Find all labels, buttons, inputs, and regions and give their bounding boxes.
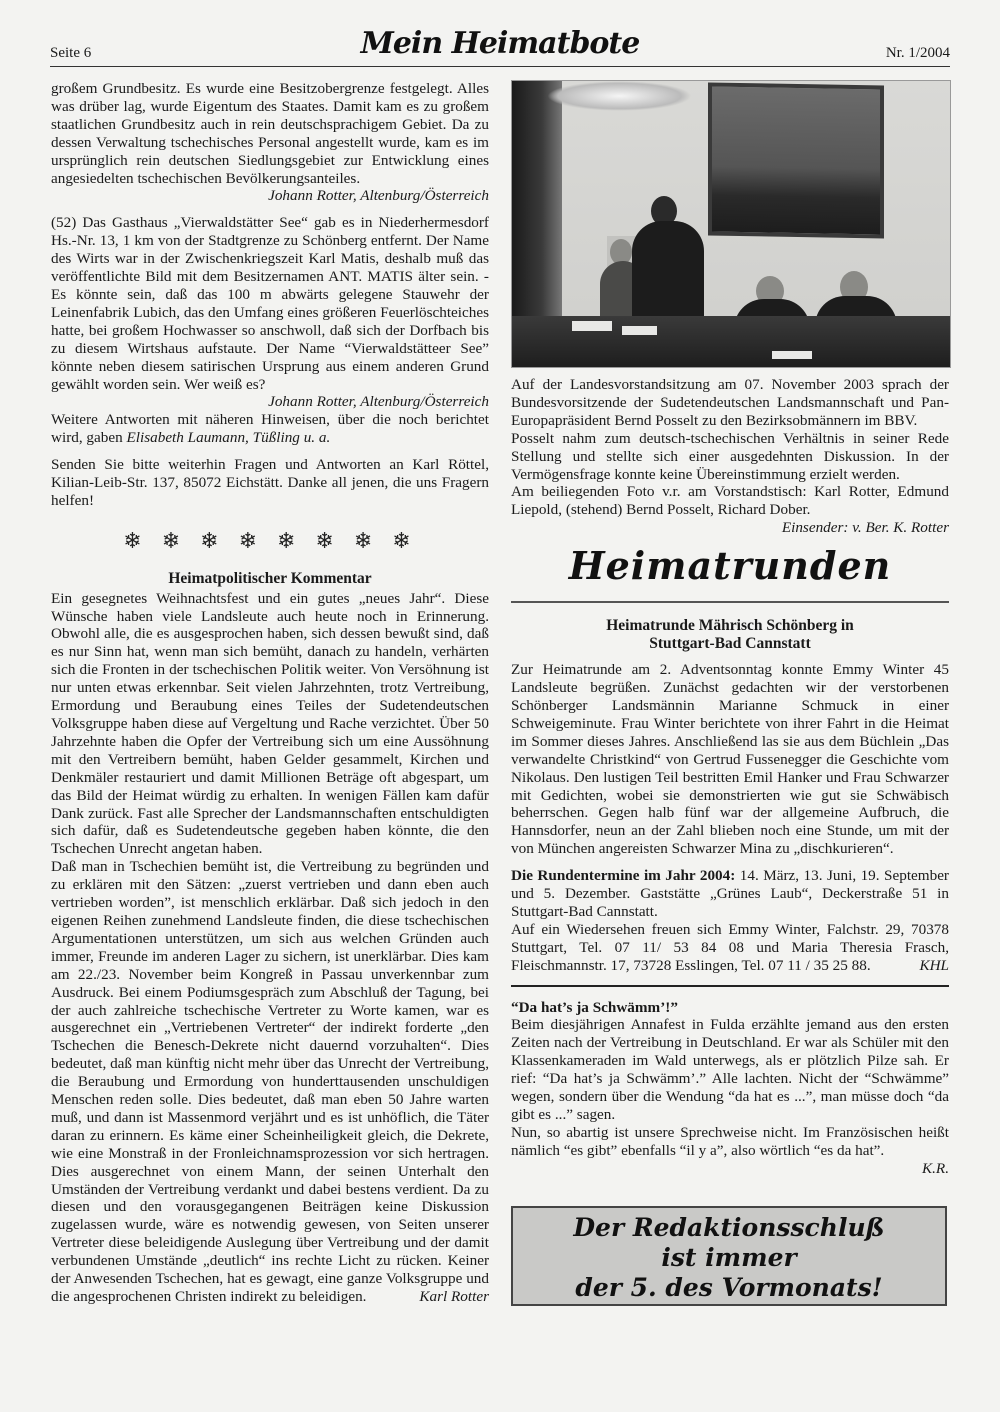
right-column: Auf der Landesvorstandsitzung am 07. Nov… [511,80,949,1306]
article-divider [511,985,949,987]
header-divider [50,66,950,67]
contact-paragraph: Auf ein Wiedersehen freuen sich Emmy Win… [511,921,949,975]
caption-paragraph-2: Posselt nahm zum deutsch-tschechischen V… [511,430,949,484]
heimatrunde-body: Zur Heimatrunde am 2. Adventsonntag konn… [511,661,949,858]
painting-in-photo [708,82,884,238]
section-rule [511,601,949,603]
commentary-paragraph-2: Daß man in Tschechien bemüht ist, die Ve… [51,858,489,1306]
meeting-photo [511,80,951,368]
page-header: Seite 6 Mein Heimatbote Nr. 1/2004 [50,30,950,66]
heimatrunden-headline: Heimatrunden [511,557,949,575]
schwaemm-article: “Da hat’s ja Schwämm’!” Beim diesjährige… [511,999,949,1178]
page-number: Seite 6 [50,45,91,62]
commentary-signature: Karl Rotter [419,1288,489,1306]
schwaemm-signature: K.R. [511,1160,949,1178]
intro-paragraph: großem Grundbesitz. Es wurde eine Besitz… [51,80,489,187]
question-52-paragraph: (52) Das Gasthaus „Vierwaldstätter See“ … [51,214,489,393]
schwaemm-title: “Da hat’s ja Schwämm’!” [511,999,949,1017]
send-questions-paragraph: Senden Sie bitte weiterhin Fragen und An… [51,456,489,510]
newspaper-page: Seite 6 Mein Heimatbote Nr. 1/2004 große… [0,0,1000,1412]
question-52-signature: Johann Rotter, Altenburg/Österreich [51,393,489,411]
masthead-logo: Mein Heimatbote [361,26,640,61]
left-column: großem Grundbesitz. Es wurde eine Besitz… [51,80,489,1306]
intro-signature: Johann Rotter, Altenburg/Österreich [51,187,489,205]
more-answers-paragraph: Weitere Antworten mit näheren Hinweisen,… [51,411,489,447]
schwaemm-paragraph-1: Beim diesjährigen Annafest in Fulda erzä… [511,1016,949,1123]
heimatrunden-section-header: Heimatrunden [511,557,949,615]
snowflake-divider-icon: ❄❄❄❄❄❄❄❄ [65,532,489,550]
commentary-title: Heimatpolitischer Kommentar [51,570,489,588]
issue-number: Nr. 1/2004 [886,45,950,62]
intro-article: großem Grundbesitz. Es wurde eine Besitz… [51,80,489,205]
heimatrunde-signature: KHL [919,957,949,975]
editorial-deadline-box: Der Redaktionsschluß ist immer der 5. de… [511,1206,947,1306]
question-52-article: (52) Das Gasthaus „Vierwaldstätter See“ … [51,214,489,447]
commentary-paragraph-1: Ein gesegnetes Weihnachtsfest und ein gu… [51,590,489,859]
commentary-article: Heimatpolitischer Kommentar Ein gesegnet… [51,570,489,1306]
schwaemm-paragraph-2: Nun, so abartig ist unsere Sprechweise n… [511,1124,949,1160]
caption-signature: Einsender: v. Ber. K. Rotter [511,519,949,537]
photo-caption: Auf der Landesvorstandsitzung am 07. Nov… [511,376,949,537]
more-answers-names: Elisabeth Laumann, Tüßling u. a. [127,429,331,446]
rundentermine-paragraph: Die Rundentermine im Jahr 2004: 14. März… [511,867,949,921]
heimatrunde-subtitle: Heimatrunde Mährisch Schönberg in Stuttg… [511,617,949,653]
caption-paragraph-1: Auf der Landesvorstandsitzung am 07. Nov… [511,376,949,430]
caption-paragraph-3: Am beiliegenden Foto v.r. am Vorstandsti… [511,483,949,519]
rundentermine-label: Die Rundentermine im Jahr 2004: [511,867,735,884]
